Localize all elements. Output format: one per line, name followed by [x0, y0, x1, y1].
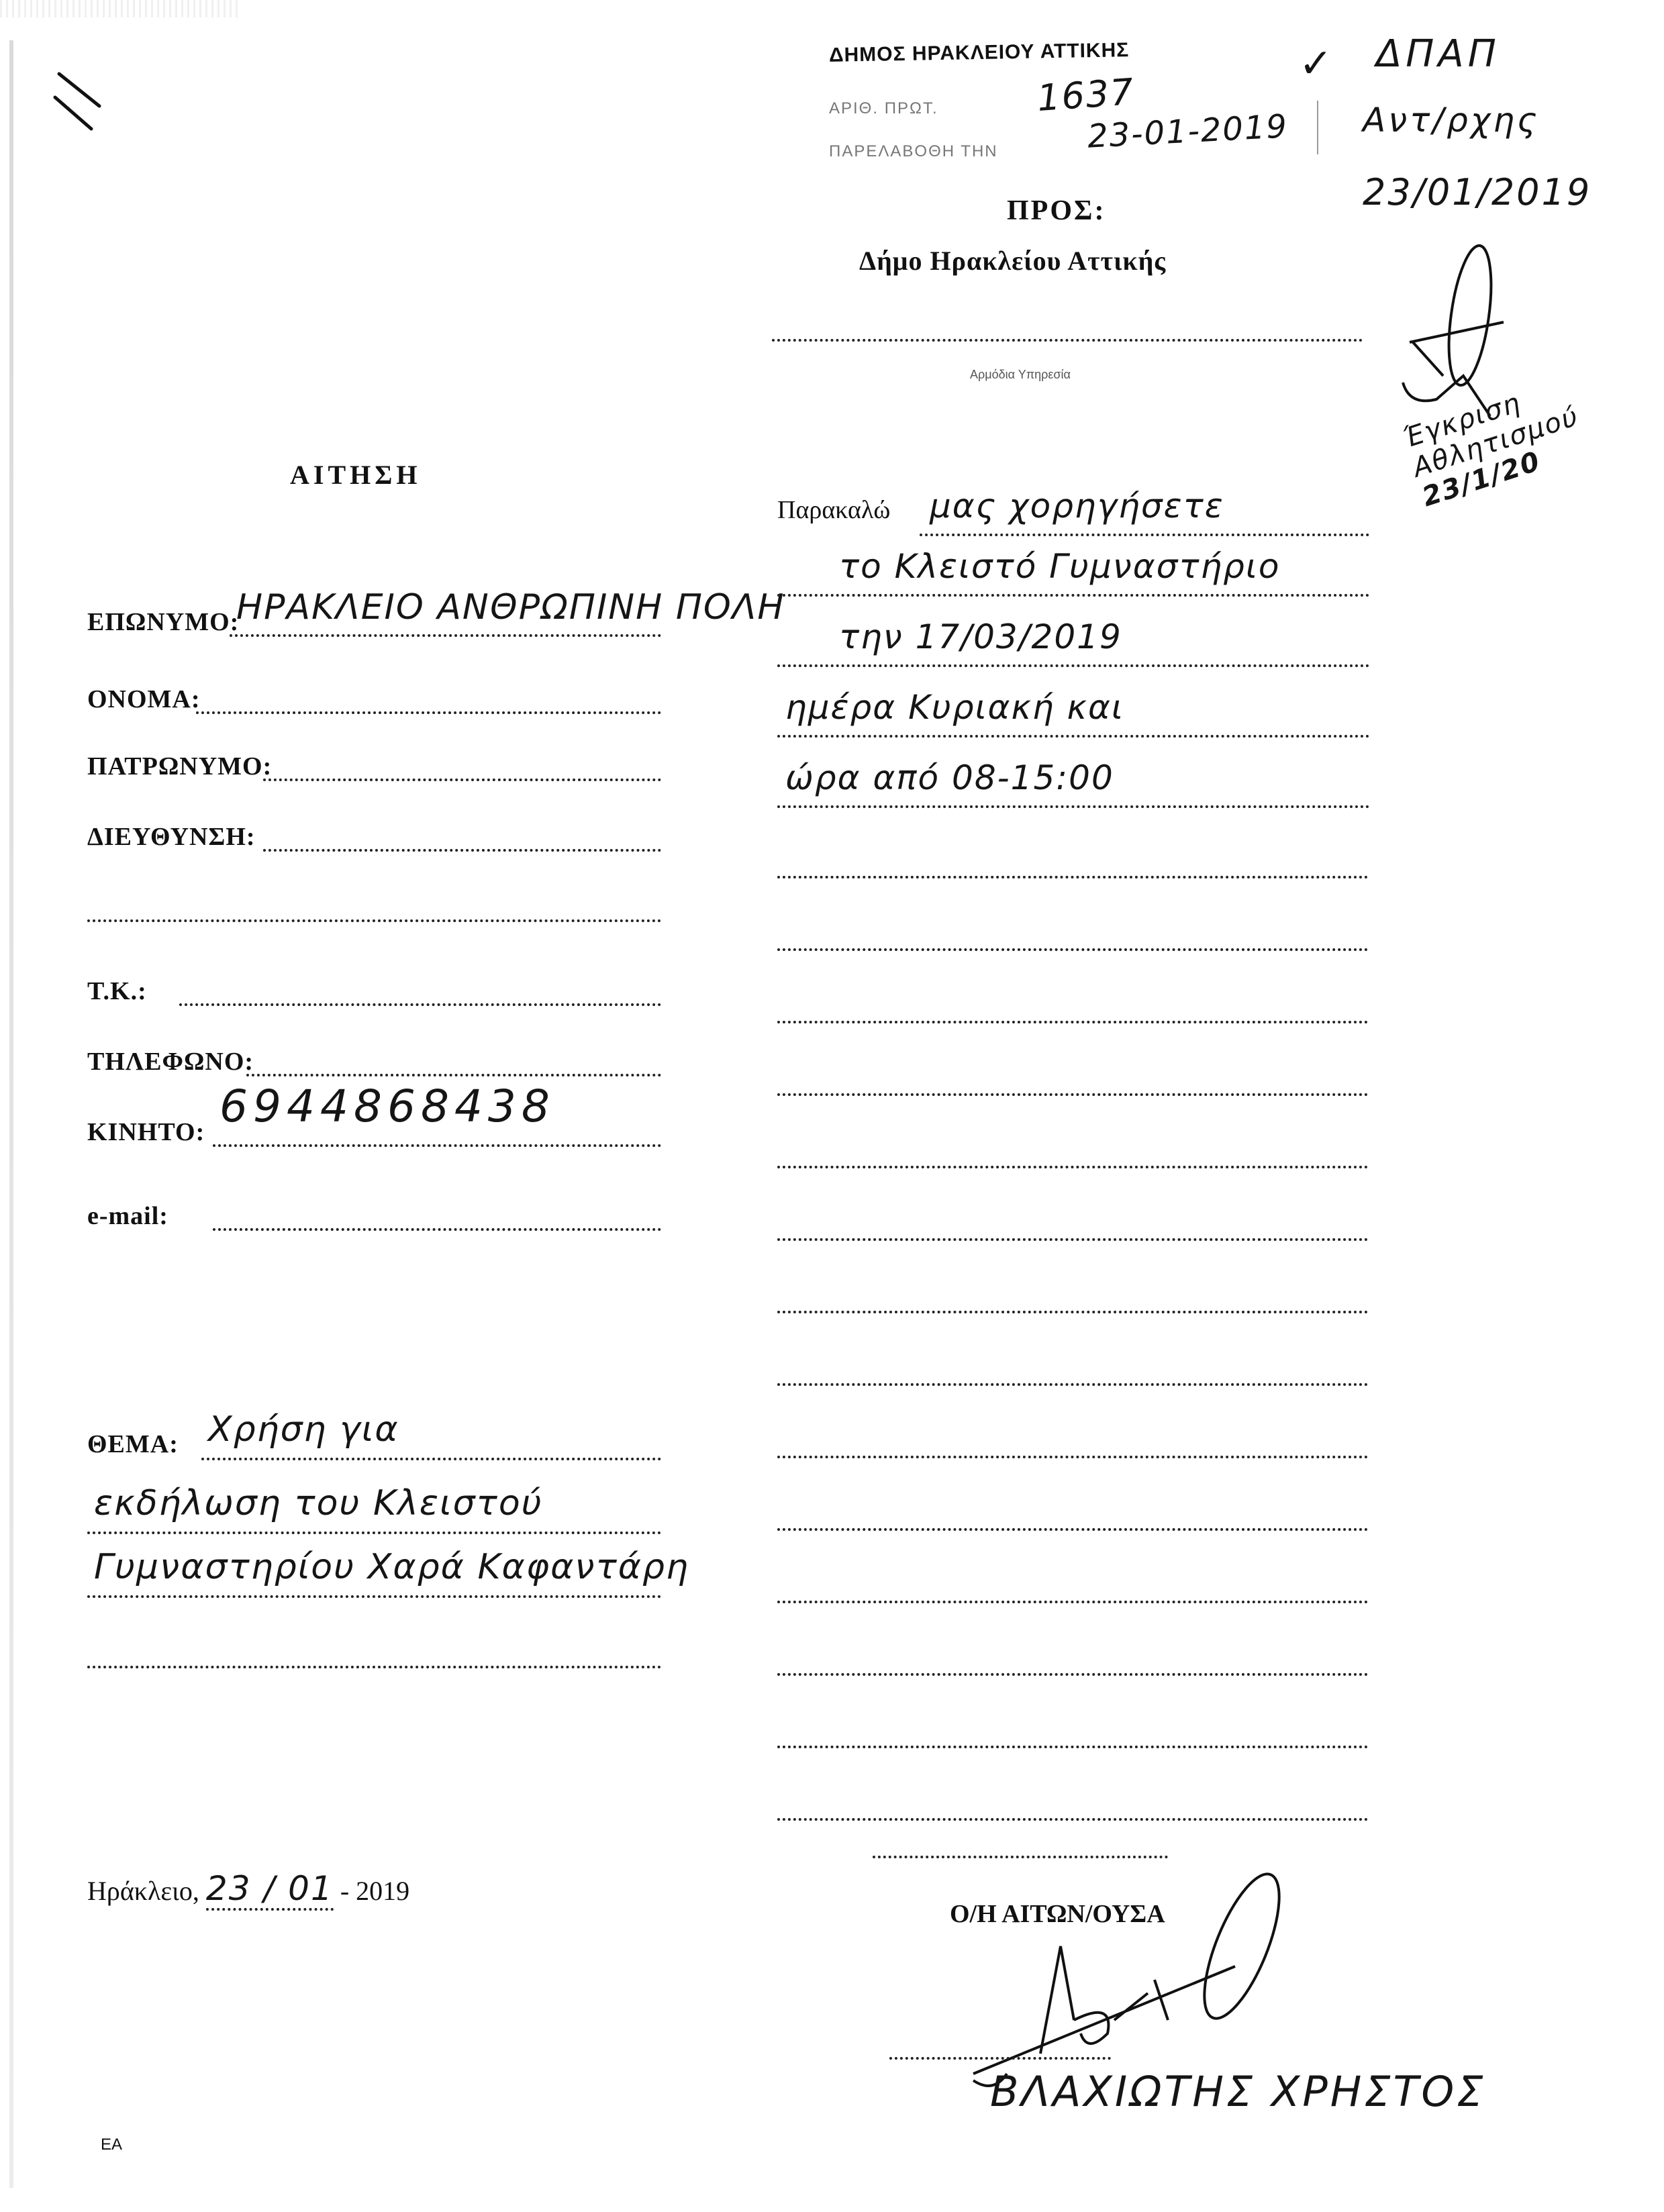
field-row: ΔΙΕΥΘΥΝΣΗ: [87, 822, 256, 852]
field-value[interactable]: 6944868438 [219, 1080, 555, 1132]
stamp-title: ΔΗΜΟΣ ΗΡΑΚΛΕΙΟΥ ΑΤΤΙΚΗΣ [829, 39, 1130, 67]
request-input-line[interactable] [777, 735, 1369, 738]
request-input-line[interactable] [777, 805, 1369, 808]
request-input-line[interactable] [777, 594, 1369, 597]
field-label: ΚΙΝΗΤΟ: [87, 1118, 205, 1146]
received-date: 23-01-2019 [1087, 107, 1289, 156]
field-label: ΤΗΛΕΦΩΝΟ: [87, 1048, 254, 1076]
place-date: Ηράκλειο, 23 / 01 - 2019 [87, 1869, 409, 1908]
request-empty-line[interactable] [777, 1166, 1368, 1168]
field-label: ΠΑΤΡΩΝΥΜΟ: [87, 752, 272, 781]
date-day-month[interactable]: 23 / 01 [206, 1869, 334, 1911]
field-row: Τ.Κ.: [87, 976, 147, 1006]
field-input-line[interactable] [263, 778, 661, 781]
field-label: ΟΝΟΜΑ: [87, 685, 201, 713]
request-empty-line[interactable] [777, 948, 1368, 951]
request-empty-line[interactable] [777, 1456, 1368, 1458]
request-empty-line[interactable] [777, 1238, 1368, 1241]
recipient-heading: ΠΡΟΣ: [1007, 195, 1106, 227]
subject-input-line[interactable] [87, 1666, 661, 1668]
slash-marks [47, 67, 107, 141]
check-icon: ✓ [1299, 40, 1334, 87]
field-input-line[interactable] [230, 634, 661, 637]
request-empty-line[interactable] [777, 1383, 1368, 1386]
field-input-line[interactable] [196, 711, 661, 714]
request-empty-line[interactable] [777, 1093, 1368, 1096]
scan-noise [0, 0, 242, 17]
field-row: ΤΗΛΕΦΩΝΟ: [87, 1047, 254, 1076]
field-label: ΕΠΩΝΥΜΟ: [87, 608, 239, 636]
request-input-line[interactable] [777, 664, 1369, 667]
request-empty-line[interactable] [777, 1311, 1368, 1313]
field-input-line[interactable] [213, 1228, 661, 1231]
field-value[interactable]: ΗΡΑΚΛΕΙΟ ΑΝΘΡΩΠΙΝΗ ΠΟΛΗ [236, 587, 785, 627]
subject-input-line[interactable] [201, 1458, 661, 1460]
protocol-number: 1637 [1036, 70, 1136, 119]
request-empty-line[interactable] [777, 1818, 1368, 1821]
request-text[interactable]: ώρα από 08-15:00 [785, 758, 1114, 797]
service-label: Αρμόδια Υπηρεσία [970, 368, 1071, 382]
field-row: ΠΑΤΡΩΝΥΜΟ: [87, 752, 272, 781]
field-input-line[interactable] [246, 1074, 661, 1076]
deputy-note: Αντ/ρχης [1363, 101, 1539, 140]
document-title: ΑΙΤΗΣΗ [290, 459, 422, 491]
subject-text[interactable]: εκδήλωση του Κλειστού [94, 1483, 543, 1523]
field-label: Τ.Κ.: [87, 977, 147, 1005]
footer-code: EA [101, 2135, 122, 2154]
field-row: e-mail: [87, 1201, 168, 1231]
subject-input-line[interactable] [87, 1595, 661, 1598]
subject-text[interactable]: Χρήση για [208, 1409, 399, 1450]
subject-input-line[interactable] [87, 1531, 661, 1534]
field-label: ΔΙΕΥΘΥΝΣΗ: [87, 823, 256, 851]
date-year: - 2019 [340, 1876, 409, 1906]
field-row: ΕΠΩΝΥΜΟ: [87, 607, 239, 637]
annotation-date: 23/01/2019 [1363, 171, 1592, 213]
request-text[interactable]: το Κλειστό Γυμναστήριο [839, 547, 1280, 586]
recipient-name: Δήμο Ηρακλείου Αττικής [859, 245, 1166, 276]
field-input-line[interactable] [213, 1144, 661, 1147]
request-label: Παρακαλώ [777, 495, 890, 525]
stamp-divider [1317, 101, 1318, 154]
field-label: e-mail: [87, 1202, 168, 1230]
signature-bottom-line [889, 2057, 1111, 2060]
subject-text[interactable]: Γυμναστηρίου Χαρά Καφαντάρη [94, 1547, 689, 1587]
field-row: ΟΝΟΜΑ: [87, 685, 201, 714]
field-row: ΚΙΝΗΤΟ: [87, 1117, 205, 1147]
request-empty-line[interactable] [777, 1673, 1368, 1676]
request-text[interactable]: ημέρα Κυριακή και [785, 688, 1124, 727]
received-label: ΠΑΡΕΛΑΒΟΘΗ ΤΗΝ [829, 142, 998, 161]
request-empty-line[interactable] [777, 1021, 1368, 1023]
page-edge [9, 40, 13, 2188]
place: Ηράκλειο, [87, 1876, 199, 1906]
request-empty-line[interactable] [777, 876, 1368, 878]
request-input-line[interactable] [920, 534, 1369, 536]
request-empty-line[interactable] [777, 1601, 1368, 1603]
request-text[interactable]: την 17/03/2019 [839, 617, 1122, 656]
request-empty-line[interactable] [777, 1746, 1368, 1748]
applicant-name: ΒΛΑΧΙΩΤΗΣ ΧΡΗΣΤΟΣ [990, 2067, 1485, 2116]
field-input-line[interactable] [263, 849, 661, 852]
department-note: ΔΠΑΠ [1376, 32, 1500, 76]
request-empty-line[interactable] [777, 1528, 1368, 1531]
field-input-line[interactable] [87, 919, 661, 922]
subject-label: ΘΕΜΑ: [87, 1429, 179, 1459]
request-text[interactable]: μας χορηγήσετε [930, 487, 1224, 525]
protocol-label: ΑΡΙΘ. ΠΡΩΤ. [829, 99, 938, 118]
service-field-line[interactable] [772, 339, 1363, 342]
field-input-line[interactable] [179, 1003, 661, 1006]
